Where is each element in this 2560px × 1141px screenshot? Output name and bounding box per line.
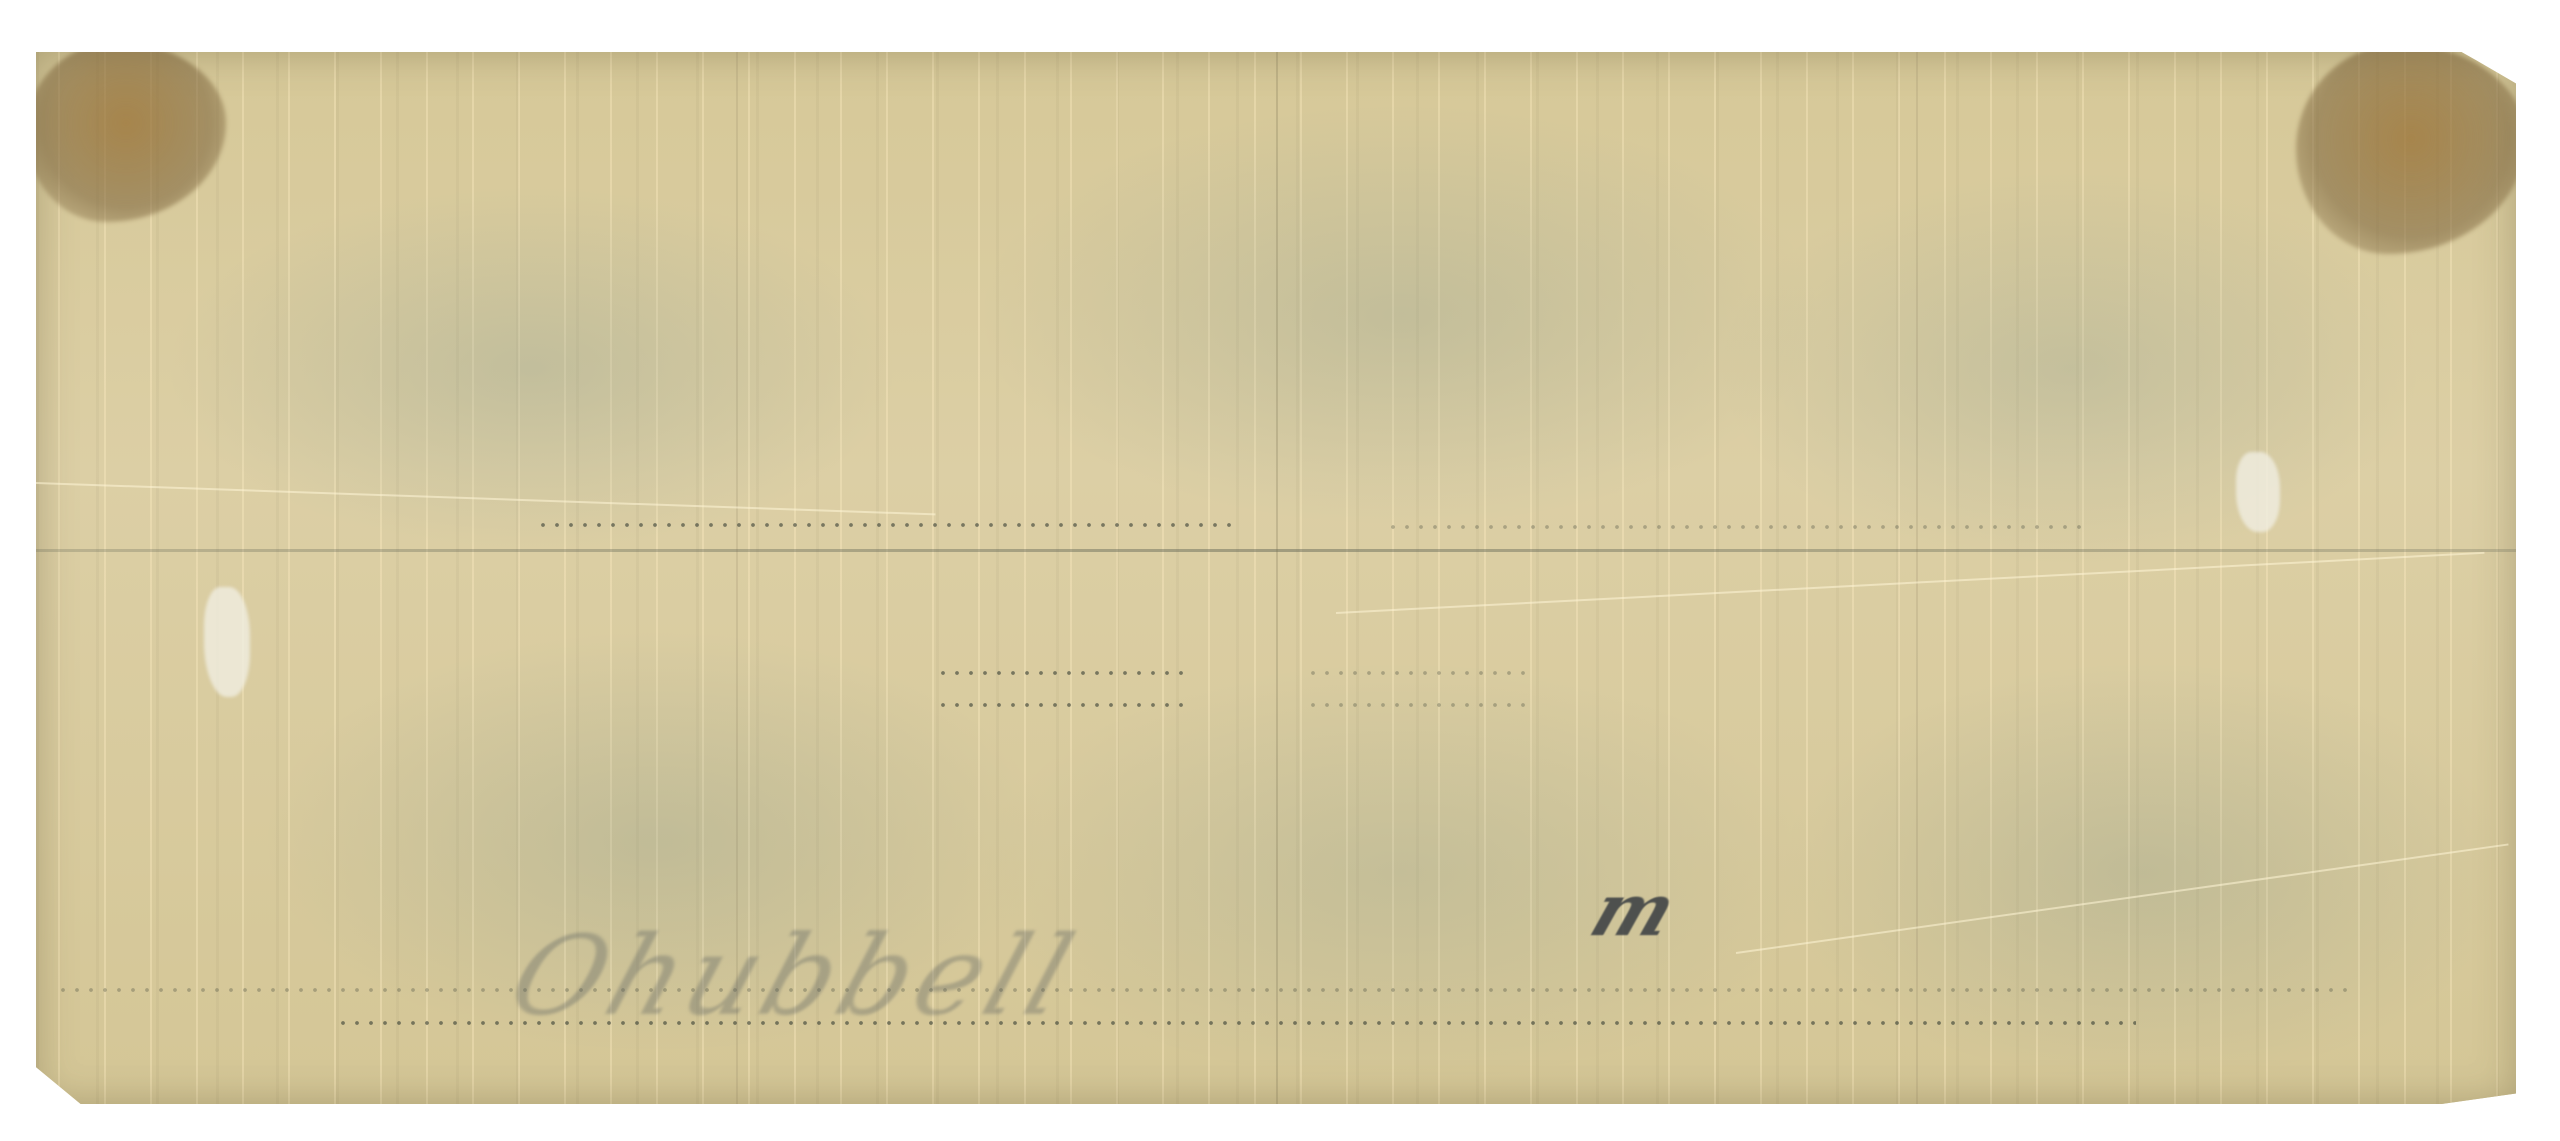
- top-left-corner-stain: [26, 42, 226, 222]
- banknote-reverse: Reverse side of an antique banknote Ohub…: [36, 52, 2516, 1104]
- offset-ink-row: [936, 702, 1186, 708]
- left-tape-patch: [204, 587, 250, 697]
- bleed-through-signature: Ohubbell: [495, 912, 1093, 1040]
- pencil-mark: m: [1581, 867, 1688, 952]
- offset-ink-row: [56, 987, 2356, 993]
- offset-ink-row: [536, 522, 1236, 528]
- offset-ink-row: [1306, 702, 1526, 708]
- vertical-fold-line: [1276, 52, 1278, 1104]
- top-right-corner-stain: [2296, 44, 2526, 254]
- right-tape-patch: [2236, 452, 2280, 532]
- offset-ink-row: [1386, 524, 2086, 530]
- vertical-crease: [1916, 52, 1918, 1104]
- offset-ink-row: [1306, 670, 1526, 676]
- offset-ink-row: [936, 670, 1186, 676]
- crease: [36, 482, 936, 515]
- crease: [1736, 843, 2509, 954]
- crease: [1336, 552, 2485, 614]
